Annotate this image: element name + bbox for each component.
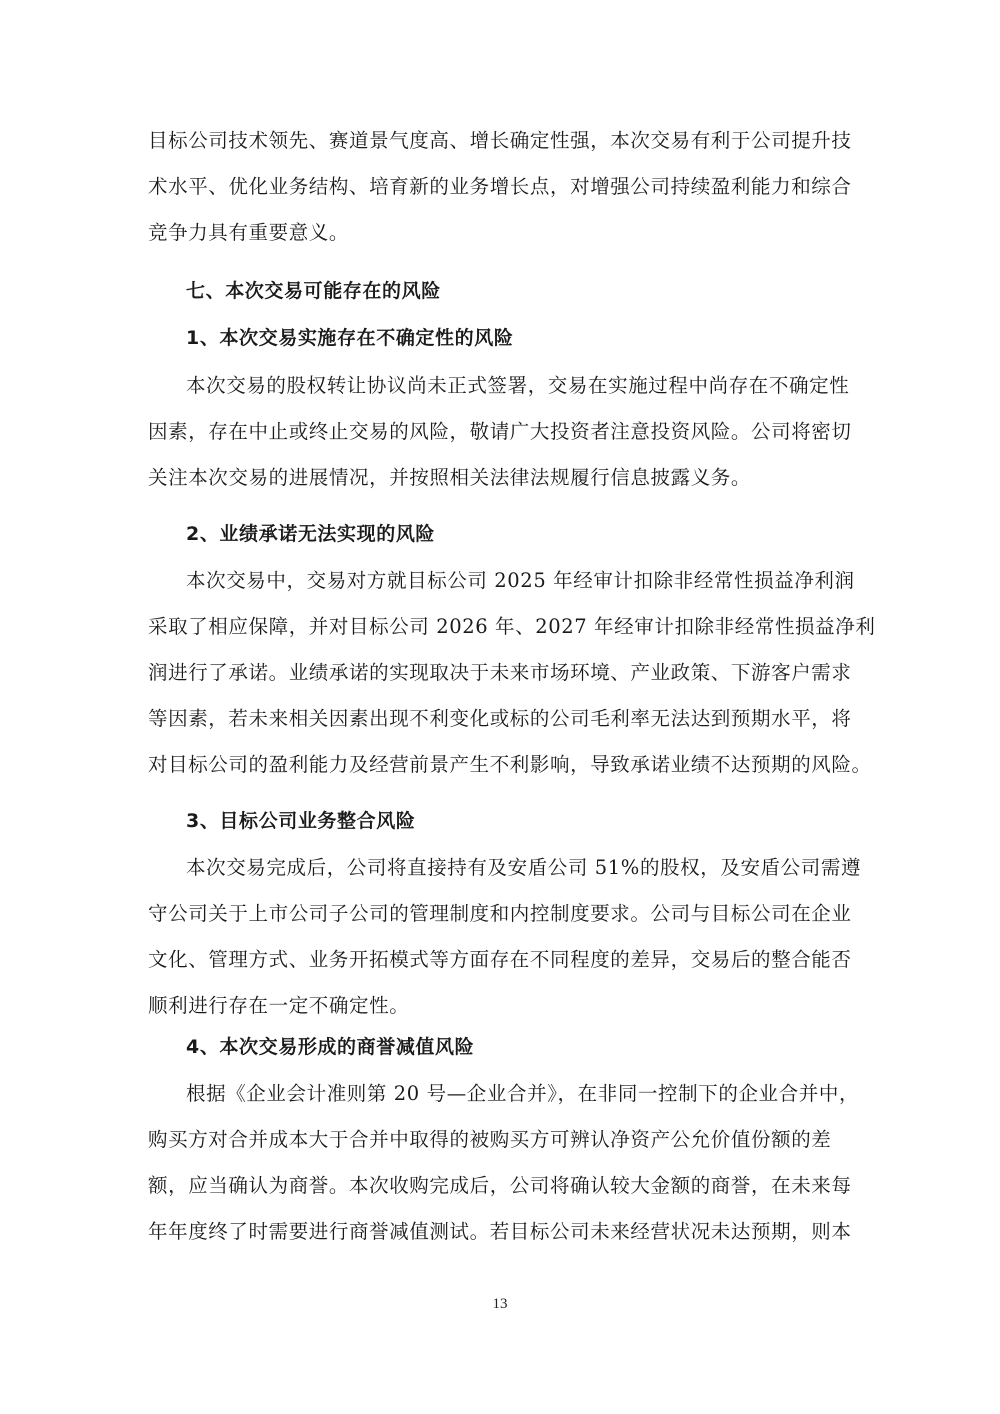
paragraph-line: 等因素，若未来相关因素出现不利变化或标的公司毛利率无法达到预期水平，将 bbox=[148, 706, 852, 732]
section-heading: 七、本次交易可能存在的风险 bbox=[186, 278, 441, 304]
paragraph-line: 关注本次交易的进展情况，并按照相关法律法规履行信息披露义务。 bbox=[148, 465, 751, 491]
paragraph-line: 目标公司技术领先、赛道景气度高、增长确定性强，本次交易有利于公司提升技 bbox=[148, 128, 852, 154]
paragraph-line: 年年度终了时需要进行商誉减值测试。若目标公司未来经营状况未达预期，则本 bbox=[148, 1219, 852, 1245]
paragraph-line: 竞争力具有重要意义。 bbox=[148, 220, 349, 246]
paragraph-line: 本次交易的股权转让协议尚未正式签署，交易在实施过程中尚存在不确定性 bbox=[186, 373, 849, 399]
paragraph-line: 本次交易完成后，公司将直接持有及安盾公司 51%的股权，及安盾公司需遵 bbox=[186, 855, 861, 881]
page-number: 13 bbox=[0, 1296, 1000, 1313]
paragraph-line: 本次交易中，交易对方就目标公司 2025 年经审计扣除非经常性损益净利润 bbox=[186, 568, 855, 594]
risk-heading-4: 4、本次交易形成的商誉减值风险 bbox=[186, 1034, 474, 1060]
paragraph-line: 采取了相应保障，并对目标公司 2026 年、2027 年经审计扣除非经常性损益净… bbox=[148, 614, 875, 640]
risk-heading-1: 1、本次交易实施存在不确定性的风险 bbox=[186, 325, 513, 351]
paragraph-line: 守公司关于上市公司子公司的管理制度和内控制度要求。公司与目标公司在企业 bbox=[148, 901, 852, 927]
paragraph-line: 润进行了承诺。业绩承诺的实现取决于未来市场环境、产业政策、下游客户需求 bbox=[148, 660, 852, 686]
paragraph-line: 购买方对合并成本大于合并中取得的被购买方可辨认净资产公允价值份额的差 bbox=[148, 1127, 831, 1153]
paragraph-line: 术水平、优化业务结构、培育新的业务增长点，对增强公司持续盈利能力和综合 bbox=[148, 174, 852, 200]
paragraph-line: 额，应当确认为商誉。本次收购完成后，公司将确认较大金额的商誉，在未来每 bbox=[148, 1173, 852, 1199]
risk-heading-3: 3、目标公司业务整合风险 bbox=[186, 808, 415, 834]
paragraph-line: 文化、管理方式、业务开拓模式等方面存在不同程度的差异，交易后的整合能否 bbox=[148, 947, 852, 973]
risk-heading-2: 2、业绩承诺无法实现的风险 bbox=[186, 521, 435, 547]
paragraph-line: 因素，存在中止或终止交易的风险，敬请广大投资者注意投资风险。公司将密切 bbox=[148, 419, 852, 445]
paragraph-line: 对目标公司的盈利能力及经营前景产生不利影响，导致承诺业绩不达预期的风险。 bbox=[148, 752, 872, 778]
paragraph-line: 顺利进行存在一定不确定性。 bbox=[148, 993, 409, 1019]
paragraph-line: 根据《企业会计准则第 20 号—企业合并》，在非同一控制下的企业合并中， bbox=[186, 1081, 859, 1107]
